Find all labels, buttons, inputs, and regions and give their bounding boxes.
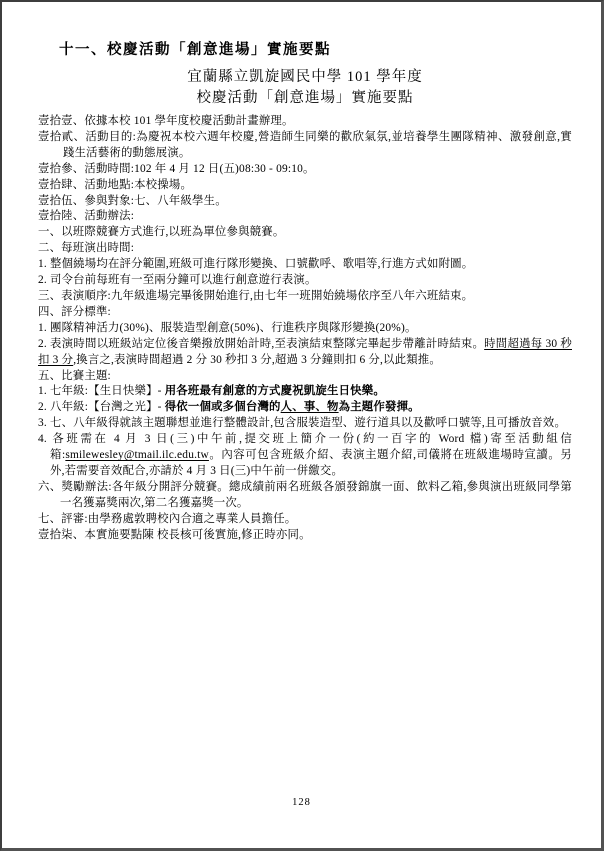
para-method-2-2: 2. 司令台前每班有一至兩分鐘可以進行創意遊行表演。 [38, 273, 572, 289]
text-segment: 壹拾壹、依據本校 101 學年度校慶活動計畫辦理。 [38, 115, 294, 127]
text-segment: 五、比賽主題: [38, 370, 111, 382]
para-method-heading: 壹拾陸、活動辦法: [38, 209, 572, 225]
para-method-2-1: 1. 整個繞場均在評分範圍,班級可進行隊形變換、口號歡呼、歌唱等,行進方式如附圖… [38, 257, 572, 273]
text-segment: 三、表演順序:九年級進場完畢後開始進行,由七年一班開始繞場依序至八年六班結束。 [38, 290, 473, 302]
para-purpose: 壹拾貳、活動目的:為慶祝本校六週年校慶,營造師生同樂的歡欣氣氛,並培養學生團隊精… [38, 130, 572, 162]
page-number: 128 [2, 797, 601, 808]
para-approval: 壹拾柒、本實施要點陳 校長核可後實施,修正時亦同。 [38, 528, 572, 544]
text-segment: ,換言之,表演時間超過 2 分 30 秒扣 3 分,超過 3 分鐘則扣 6 分,… [73, 354, 441, 366]
para-participants: 壹拾伍、參與對象:七、八年級學生。 [38, 194, 572, 210]
email-link[interactable]: smilewesley@tmail.ilc.edu.tw [65, 449, 209, 461]
para-method-6: 六、獎勵辦法:各年級分開評分競賽。總成績前兩名班級各頒發錦旗一面、飲料乙箱,參與… [38, 480, 572, 512]
text-segment: 四、評分標準: [38, 306, 111, 318]
text-segment: 為主題作發揮。 [339, 401, 420, 413]
text-segment: 3. 七、八年級得就該主題聯想並進行整體設計,包含服裝造型、遊行道具以及歡呼口號… [38, 417, 566, 429]
text-segment: 1. 七年級:【生日快樂】- [38, 385, 165, 397]
text-segment: 壹拾肆、活動地點:本校操場。 [38, 179, 192, 191]
para-method-5: 五、比賽主題: [38, 369, 572, 385]
text-segment: 2. 八年級:【台灣之光】- [38, 401, 165, 413]
para-method-4-1: 1. 團隊精神活力(30%)、服裝造型創意(50%)、行進秩序與隊形變換(20%… [38, 321, 572, 337]
text-segment: 一、以班際競賽方式進行,以班為單位參與競賽。 [38, 226, 284, 238]
text-segment: 得依一個或多個台灣的 [165, 401, 281, 413]
doc-title-line-2: 校慶活動「創意進場」實施要點 [38, 88, 572, 109]
para-method-2: 二、每班演出時間: [38, 241, 572, 257]
doc-title-line-1: 宜蘭縣立凱旋國民中學 101 學年度 [38, 67, 572, 88]
text-segment: 壹拾貳、活動目的:為慶祝本校六週年校慶,營造師生同樂的歡欣氣氛,並培養學生團隊精… [38, 131, 572, 159]
para-place: 壹拾肆、活動地點:本校操場。 [38, 178, 572, 194]
para-method-7: 七、評審:由學務處敦聘校內合適之專業人員擔任。 [38, 512, 572, 528]
text-segment: 壹拾陸、活動辦法: [38, 210, 134, 222]
para-method-4-2: 2. 表演時間以班級站定位後音樂撥放開始計時,至表演結束整隊完畢起步帶離計時結束… [38, 337, 572, 369]
text-segment: 2. 表演時間以班級站定位後音樂撥放開始計時,至表演結束整隊完畢起步帶離計時結束… [38, 338, 484, 350]
text-segment: 2. 司令台前每班有一至兩分鐘可以進行創意遊行表演。 [38, 274, 317, 286]
text-segment: 1. 團隊精神活力(30%)、服裝造型創意(50%)、行進秩序與隊形變換(20%… [38, 322, 417, 334]
text-segment: 用各班最有創意的方式慶祝凱旋生日快樂。 [165, 385, 385, 397]
text-segment: 七、評審:由學務處敦聘校內合適之專業人員擔任。 [38, 513, 296, 525]
text-segment: 1. 整個繞場均在評分範圍,班級可進行隊形變換、口號歡呼、歌唱等,行進方式如附圖… [38, 258, 473, 270]
text-segment: 二、每班演出時間: [38, 242, 134, 254]
text-segment: 壹拾柒、本實施要點陳 校長核可後實施,修正時亦同。 [38, 529, 311, 541]
para-time: 壹拾參、活動時間:102 年 4 月 12 日(五)08:30 - 09:10。 [38, 162, 572, 178]
para-basis: 壹拾壹、依據本校 101 學年度校慶活動計畫辦理。 [38, 114, 572, 130]
para-method-3: 三、表演順序:九年級進場完畢後開始進行,由七年一班開始繞場依序至八年六班結束。 [38, 289, 572, 305]
text-segment: 壹拾伍、參與對象:七、八年級學生。 [38, 195, 227, 207]
para-method-5-4: 4. 各班需在 4 月 3 日(三)中午前,提交班上簡介一份(約一百字的 Wor… [38, 432, 572, 480]
document-page: 十一、校慶活動「創意進場」實施要點 宜蘭縣立凱旋國民中學 101 學年度 校慶活… [0, 0, 604, 851]
para-method-5-2: 2. 八年級:【台灣之光】- 得依一個或多個台灣的人、事、物為主題作發揮。 [38, 400, 572, 416]
section-heading: 十一、校慶活動「創意進場」實施要點 [59, 42, 572, 59]
para-method-5-3: 3. 七、八年級得就該主題聯想並進行整體設計,包含服裝造型、遊行道具以及歡呼口號… [38, 416, 572, 432]
text-segment: 人、事、物 [281, 401, 339, 413]
para-method-5-1: 1. 七年級:【生日快樂】- 用各班最有創意的方式慶祝凱旋生日快樂。 [38, 384, 572, 400]
text-segment: 六、獎勵辦法:各年級分開評分競賽。總成績前兩名班級各頒發錦旗一面、飲料乙箱,參與… [38, 481, 572, 509]
para-method-1: 一、以班際競賽方式進行,以班為單位參與競賽。 [38, 225, 572, 241]
document-body: 壹拾壹、依據本校 101 學年度校慶活動計畫辦理。 壹拾貳、活動目的:為慶祝本校… [38, 114, 572, 543]
para-method-4: 四、評分標準: [38, 305, 572, 321]
text-segment: 壹拾參、活動時間:102 年 4 月 12 日(五)08:30 - 09:10。 [38, 163, 315, 175]
document-content: 十一、校慶活動「創意進場」實施要點 宜蘭縣立凱旋國民中學 101 學年度 校慶活… [38, 42, 572, 543]
